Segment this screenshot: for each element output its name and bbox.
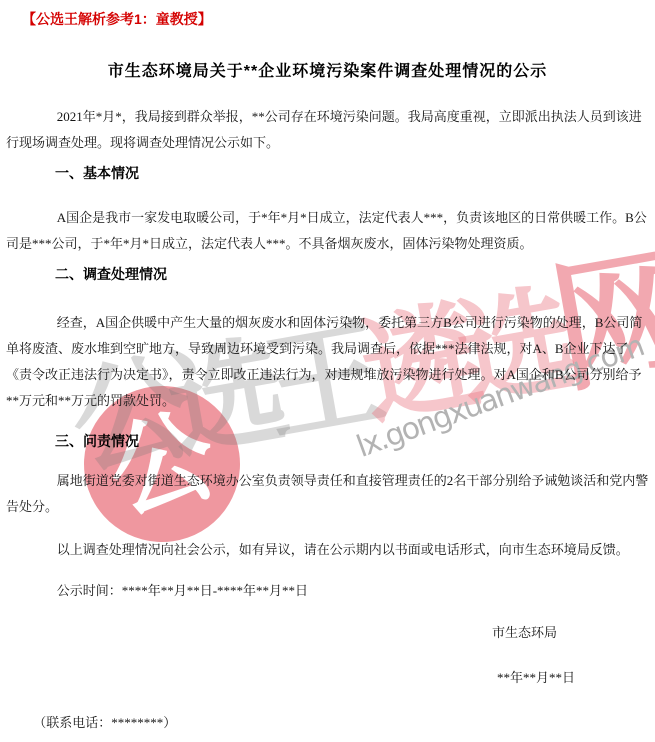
- signature-date: **年**月**日: [6, 665, 649, 691]
- section-2-body: 经查，A国企供暖中产生大量的烟灰废水和固体污染物，委托第三方B公司进行污染物的处…: [6, 310, 649, 414]
- closing-paragraph: 以上调查处理情况向社会公示，如有异议，请在公示期内以书面或电话形式，向市生态环境…: [6, 537, 649, 563]
- section-2-heading: 二、调查处理情况: [6, 263, 649, 285]
- analysis-reference-tag: 【公选王解析参考1：童教授】: [6, 10, 649, 28]
- document-title: 市生态环境局关于**企业环境污染案件调查处理情况的公示: [6, 62, 649, 82]
- intro-paragraph: 2021年*月*，我局接到群众举报，**公司存在环境污染问题。我局高度重视，立即…: [6, 104, 649, 156]
- section-3-heading: 三、问责情况: [6, 430, 649, 452]
- contact-phone: （联系电话：********）: [6, 710, 649, 736]
- section-1-body: A国企是我市一家发电取暖公司，于*年*月*日成立，法定代表人***，负责该地区的…: [6, 205, 649, 257]
- document-page: 公 公选王遴选网 lx.gongxuanwang.com 【公选王解析参考1：童…: [0, 0, 655, 742]
- section-3-body: 属地街道党委对街道生态环境办公室负责领导责任和直接管理责任的2名干部分别给予诫勉…: [6, 468, 649, 520]
- publicity-period: 公示时间：****年**月**日-****年**月**日: [6, 578, 649, 604]
- signature-organization: 市生态环局: [6, 620, 649, 646]
- section-1-heading: 一、基本情况: [6, 162, 649, 184]
- document-body: 【公选王解析参考1：童教授】 市生态环境局关于**企业环境污染案件调查处理情况的…: [0, 0, 655, 736]
